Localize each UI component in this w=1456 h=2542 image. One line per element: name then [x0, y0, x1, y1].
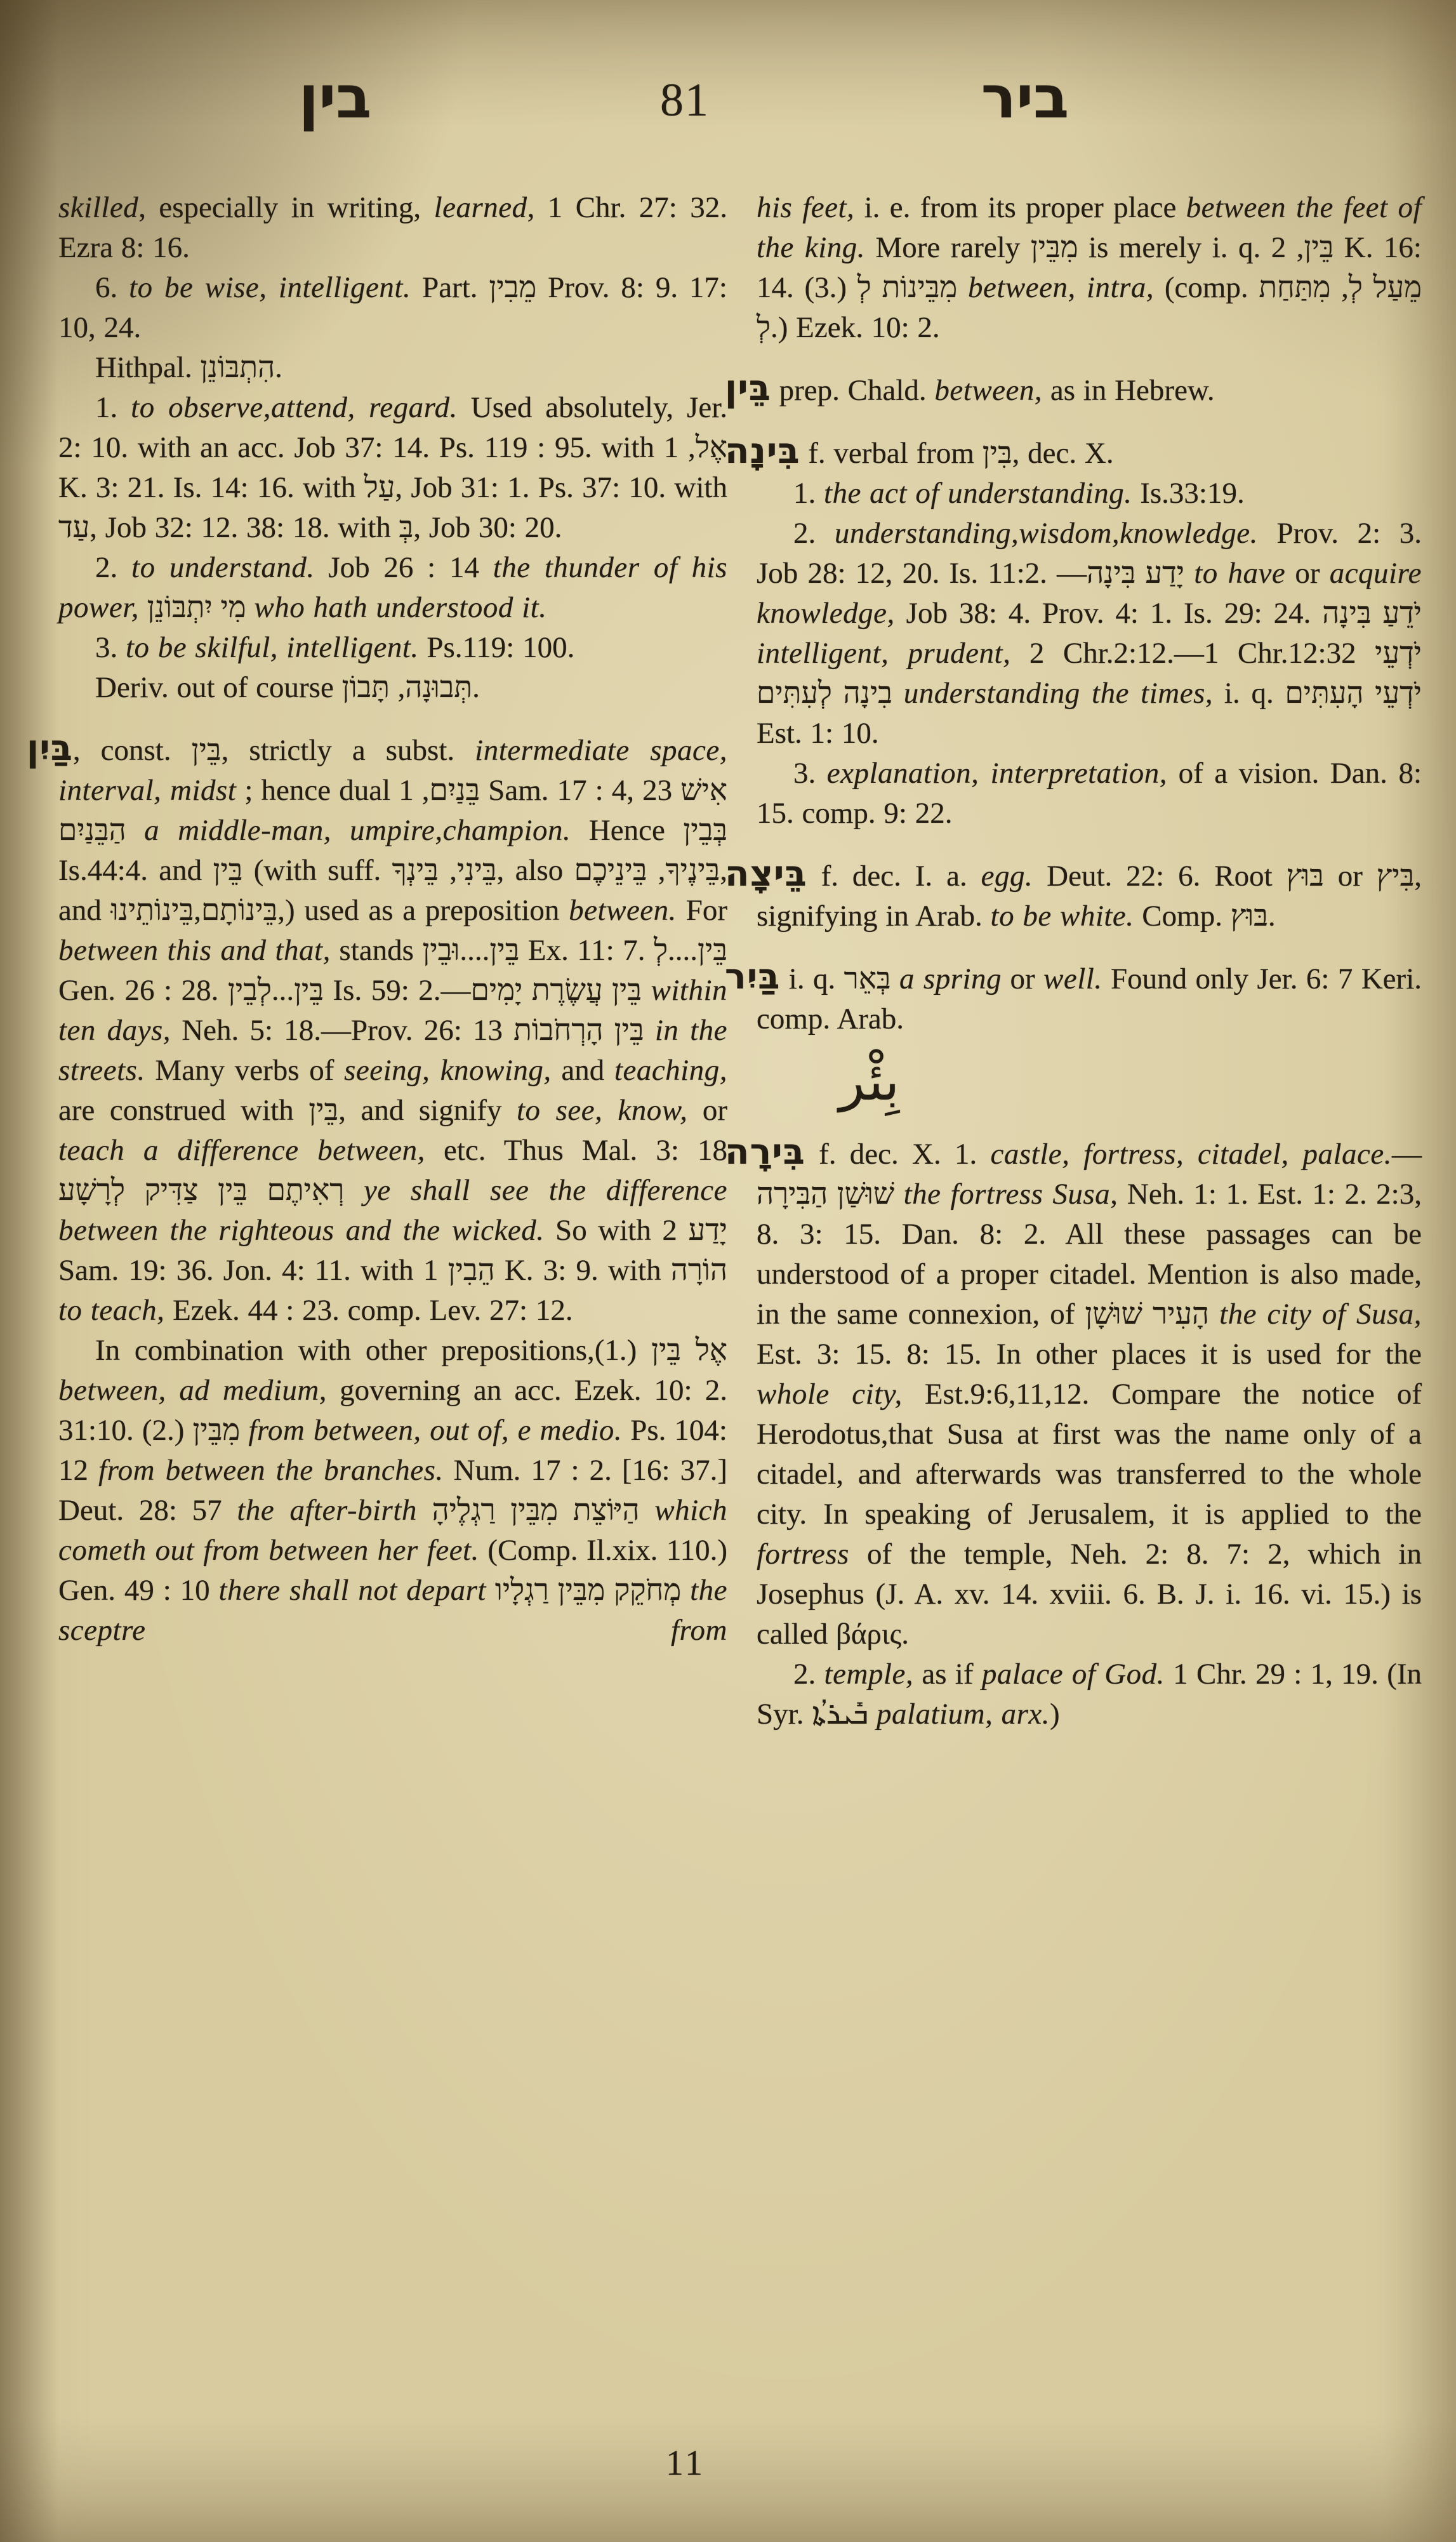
paragraph-text: 2. understanding,wisdom,knowledge. Prov.… — [757, 517, 1422, 750]
paragraph: Deriv. out of course תְּבוּנָה, תָּבוֹן. — [58, 668, 727, 708]
paragraph: 2. understanding,wisdom,knowledge. Prov.… — [757, 514, 1422, 754]
paragraph-text: , const. בֵּין, strictly a subst. interm… — [58, 734, 727, 1327]
entry-headword-hebrew: בִּינָה — [725, 430, 800, 472]
running-head-keyword-left: בין — [259, 63, 411, 131]
lexicon-entry: בִּינָה f. verbal from בִּין, dec. X. — [757, 431, 1422, 474]
running-head-keyword-right: ביר — [949, 63, 1101, 131]
paragraph-text: In combination with other prepositions,(… — [58, 1334, 727, 1647]
paragraph-text: f. verbal from בִּין, dec. X. — [800, 437, 1114, 470]
paragraph-text: prep. Chald. between, as in Hebrew. — [771, 374, 1215, 407]
lexicon-entry: בֵּין prep. Chald. between, as in Hebrew… — [757, 368, 1422, 411]
entry-headword-hebrew: בִּירָה — [725, 1131, 805, 1173]
paragraph: 2. temple, as if palace of God. 1 Chr. 2… — [757, 1654, 1422, 1734]
paragraph-text: skilled, especially in writing, learned,… — [58, 191, 727, 264]
paragraph-text: بِئْر — [839, 1050, 899, 1112]
paragraph-text: i. q. בְּאֵר a spring or well. Found onl… — [757, 962, 1422, 1035]
paragraph-text: his feet, i. e. from its proper place be… — [757, 191, 1422, 344]
paragraph: 1. to observe,attend, regard. Used absol… — [58, 388, 727, 548]
paragraph-text: f. dec. X. 1. castle, fortress, citadel,… — [757, 1138, 1422, 1651]
paragraph: Hithpal. הִתְבּוֹנֵן. — [58, 348, 727, 388]
entry-headword-hebrew: בַּיִן — [27, 728, 73, 769]
scanned-lexicon-page: בין 81 ביר skilled, especially in writin… — [0, 0, 1456, 2542]
paragraph-text: 6. to be wise, intelligent. Part. מֵבִין… — [58, 271, 727, 344]
paragraph-text: f. dec. I. a. egg. Deut. 22: 6. Root בּו… — [757, 860, 1422, 933]
arabic-cognate-word: بِئْر — [757, 1051, 1422, 1112]
lexicon-entry: בַּיִר i. q. בְּאֵר a spring or well. Fo… — [757, 957, 1422, 1039]
lexicon-entry: בֵּיצָה f. dec. I. a. egg. Deut. 22: 6. … — [757, 854, 1422, 936]
paragraph: In combination with other prepositions,(… — [58, 1331, 727, 1651]
paragraph-text: 3. to be skilful, intelligent. Ps.119: 1… — [95, 631, 574, 664]
entry-headword-hebrew: בֵּין — [725, 368, 771, 409]
signature-mark: 11 — [0, 2443, 1371, 2484]
paragraph-text: 2. temple, as if palace of God. 1 Chr. 2… — [757, 1658, 1422, 1731]
paragraph: 3. explanation, interpretation, of a vis… — [757, 754, 1422, 834]
right-column: his feet, i. e. from its proper place be… — [757, 188, 1422, 1734]
paragraph-text: Deriv. out of course תְּבוּנָה, תָּבוֹן. — [95, 671, 480, 704]
paragraph-text: 1. the act of understanding. Is.33:19. — [793, 477, 1245, 510]
lexicon-entry: בַּיִן, const. בֵּין, strictly a subst. … — [58, 728, 727, 1331]
paragraph-text: Hithpal. הִתְבּוֹנֵן. — [95, 351, 282, 384]
entry-headword-hebrew: בַּיִר — [725, 956, 780, 997]
paragraph-text: 3. explanation, interpretation, of a vis… — [757, 757, 1422, 830]
paragraph: 3. to be skilful, intelligent. Ps.119: 1… — [58, 628, 727, 668]
left-column: skilled, especially in writing, learned,… — [58, 188, 727, 1651]
paragraph: his feet, i. e. from its proper place be… — [757, 188, 1422, 348]
paragraph-text: 2. to understand. Job 26 : 14 the thunde… — [58, 551, 727, 624]
paragraph-text: 1. to observe,attend, regard. Used absol… — [58, 391, 727, 544]
lexicon-entry: בִּירָה f. dec. X. 1. castle, fortress, … — [757, 1132, 1422, 1654]
entry-headword-hebrew: בֵּיצָה — [725, 853, 807, 895]
paragraph: 1. the act of understanding. Is.33:19. — [757, 474, 1422, 514]
paragraph: 6. to be wise, intelligent. Part. מֵבִין… — [58, 268, 727, 348]
page-number: 81 — [637, 74, 732, 128]
paragraph: 2. to understand. Job 26 : 14 the thunde… — [58, 548, 727, 628]
paragraph: skilled, especially in writing, learned,… — [58, 188, 727, 268]
